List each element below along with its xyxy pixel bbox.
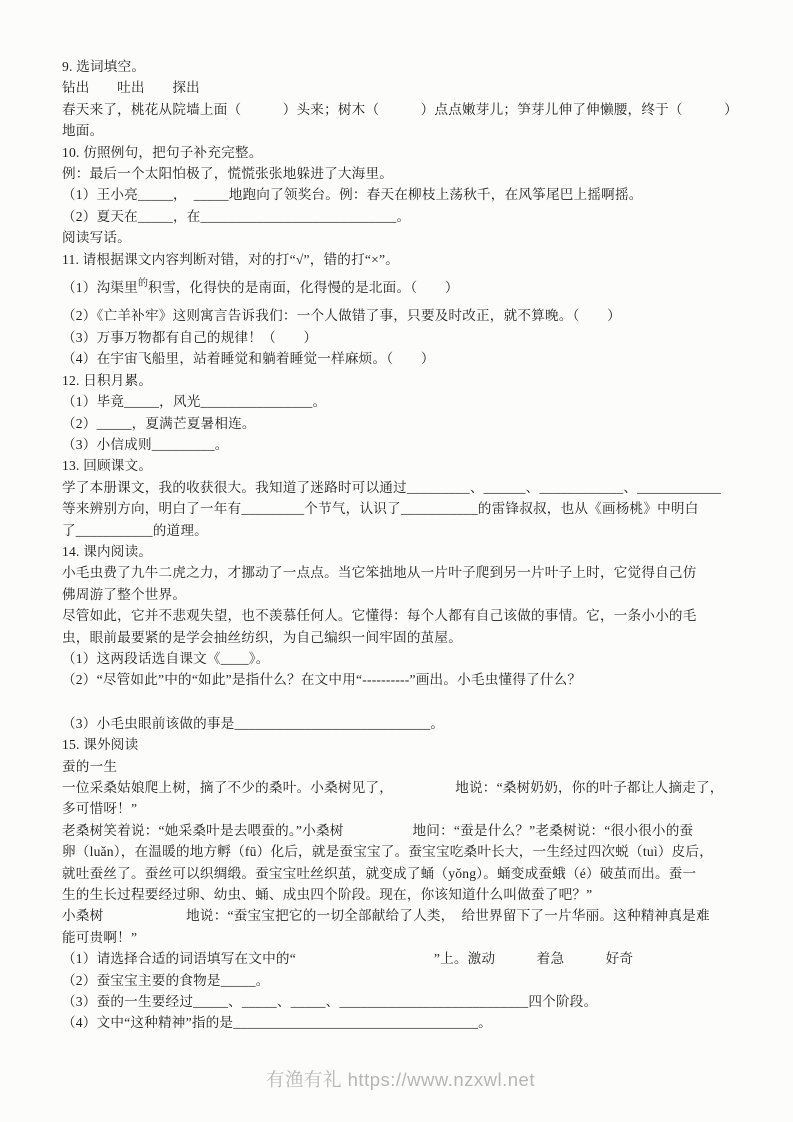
q13-paragraph-line-3: 了___________的道理。 xyxy=(62,520,739,541)
q15-passage-line-2: 多可惜呀！” xyxy=(62,798,739,819)
q13-title: 13. 回顾课文。 xyxy=(62,455,739,476)
q15-item-4: （4）文中“这种精神”指的是__________________________… xyxy=(62,1012,739,1033)
q11-title: 11. 请根据课文内容判断对错，对的打“√”，错的打“×”。 xyxy=(62,249,739,270)
q13-paragraph-line-2: 等来辨别方向，明白了一年有_________个节气，认识了___________… xyxy=(62,498,739,519)
q11-item1-inserted-char: 的 xyxy=(138,278,148,289)
q12-item-1: （1）毕竟_____，风光________________。 xyxy=(62,391,739,412)
q14-passage-line-4: 虫，眼前最要紧的是学会抽丝纺织，为自己编织一间牢固的茧屋。 xyxy=(62,627,739,648)
q10-note: 阅读写话。 xyxy=(62,227,739,248)
q14-passage-line-2: 佛周游了整个世界。 xyxy=(62,584,739,605)
q12-title: 12. 日积月累。 xyxy=(62,370,739,391)
q14-item-2: （2）“尽管如此”中的“如此”是指什么？在文中用“----------”画出。小… xyxy=(62,669,739,690)
q9-fill-sentence: 春天来了，桃花从院墙上面（ ）头来；树木（ ）点点嫩芽儿；笋芽儿伸了伸懒腰，终于… xyxy=(62,99,739,120)
q15-passage-line-3: 老桑树笑着说：“她采桑叶是去喂蚕的。”小桑树 地问：“蚕是什么？”老桑树说：“很… xyxy=(62,820,739,841)
q14-item-3: （3）小毛虫眼前该做的事是___________________________… xyxy=(62,713,739,734)
q15-item-3: （3）蚕的一生要经过_____、_____、_____、____________… xyxy=(62,991,739,1012)
q15-passage-line-7: 小桑树 地说：“蚕宝宝把它的一切全部献给了人类， 给世界留下了一片华丽。这种精神… xyxy=(62,905,739,926)
q11-item1-pre: （1）沟渠里 xyxy=(62,280,138,295)
watermark-footer: 有渔有礼 https://www.nzxwl.net xyxy=(62,1066,739,1092)
q15-passage-title: 蚕的一生 xyxy=(62,756,739,777)
q15-passage-line-6: 生的生长过程要经过卵、幼虫、蛹、成虫四个阶段。现在，你该知道什么叫做蚕了吧？” xyxy=(62,884,739,905)
q9-fill-sentence-cont: 地面。 xyxy=(62,120,739,141)
worksheet-page: 9. 选词填空。 钻出 吐出 探出 春天来了，桃花从院墙上面（ ）头来；树木（ … xyxy=(0,0,793,1122)
q11-item-2: （2）《亡羊补牢》这则寓言告诉我们：一个人做错了事，只要及时改正，就不算晚。（ … xyxy=(62,305,739,326)
q15-passage-line-5: 就吐蚕丝了。蚕丝可以织绸缎。蚕宝宝吐丝织茧，就变成了蛹（yǒng）。蛹变成蚕蛾（… xyxy=(62,863,739,884)
q15-item-1: （1）请选择合适的词语填写在文中的“ ”上。激动 着急 好奇 xyxy=(62,948,739,969)
q12-item-3: （3）小信成则_________。 xyxy=(62,434,739,455)
q10-item-1: （1）王小亮_____， _____地跑向了领奖台。例：春天在柳枝上荡秋千，在风… xyxy=(62,184,739,205)
q15-title: 15. 课外阅读 xyxy=(62,734,739,755)
q10-example: 例：最后一个太阳怕极了，慌慌张张地躲进了大海里。 xyxy=(62,163,739,184)
q14-passage-line-1: 小毛虫费了九牛二虎之力，才挪动了一点点。当它笨拙地从一片叶子爬到另一片叶子上时，… xyxy=(62,562,739,583)
q14-passage-line-3: 尽管如此，它并不悲观失望，也不羡慕任何人。它懂得：每个人都有自己该做的事情。它，… xyxy=(62,605,739,626)
q11-item1-post: 积雪，化得快的是南面，化得慢的是北面。（ ） xyxy=(148,280,458,295)
q15-passage-line-4: 卵（luǎn），在温暖的地方孵（fū）化后，就是蚕宝宝了。蚕宝宝吃桑叶长大，一生… xyxy=(62,841,739,862)
q15-passage-line-8: 能可贵啊！” xyxy=(62,927,739,948)
q13-paragraph-line-1: 学了本册课文，我的收获很大。我知道了迷路时可以通过_________、_____… xyxy=(62,477,739,498)
q11-item-3: （3）万事万物都有自己的规律！（ ） xyxy=(62,327,739,348)
q14-item-1: （1）这两段话选自课文《____》。 xyxy=(62,648,739,669)
q10-title: 10. 仿照例句，把句子补充完整。 xyxy=(62,142,739,163)
q9-word-options: 钻出 吐出 探出 xyxy=(62,77,739,98)
q11-item-1: （1）沟渠里的积雪，化得快的是南面，化得慢的是北面。（ ） xyxy=(62,277,739,298)
q9-title: 9. 选词填空。 xyxy=(62,56,739,77)
q15-item-2: （2）蚕宝宝主要的食物是_____。 xyxy=(62,970,739,991)
q15-passage-line-1: 一位采桑姑娘爬上树，摘了不少的桑叶。小桑树见了， 地说：“桑树奶奶，你的叶子都让… xyxy=(62,777,739,798)
q14-title: 14. 课内阅读。 xyxy=(62,541,739,562)
q11-item-4: （4）在宇宙飞船里，站着睡觉和躺着睡觉一样麻烦。（ ） xyxy=(62,348,739,369)
q12-item-2: （2）_____，夏满芒夏暑相连。 xyxy=(62,413,739,434)
q10-item-2: （2）夏天在_____，在___________________________… xyxy=(62,206,739,227)
